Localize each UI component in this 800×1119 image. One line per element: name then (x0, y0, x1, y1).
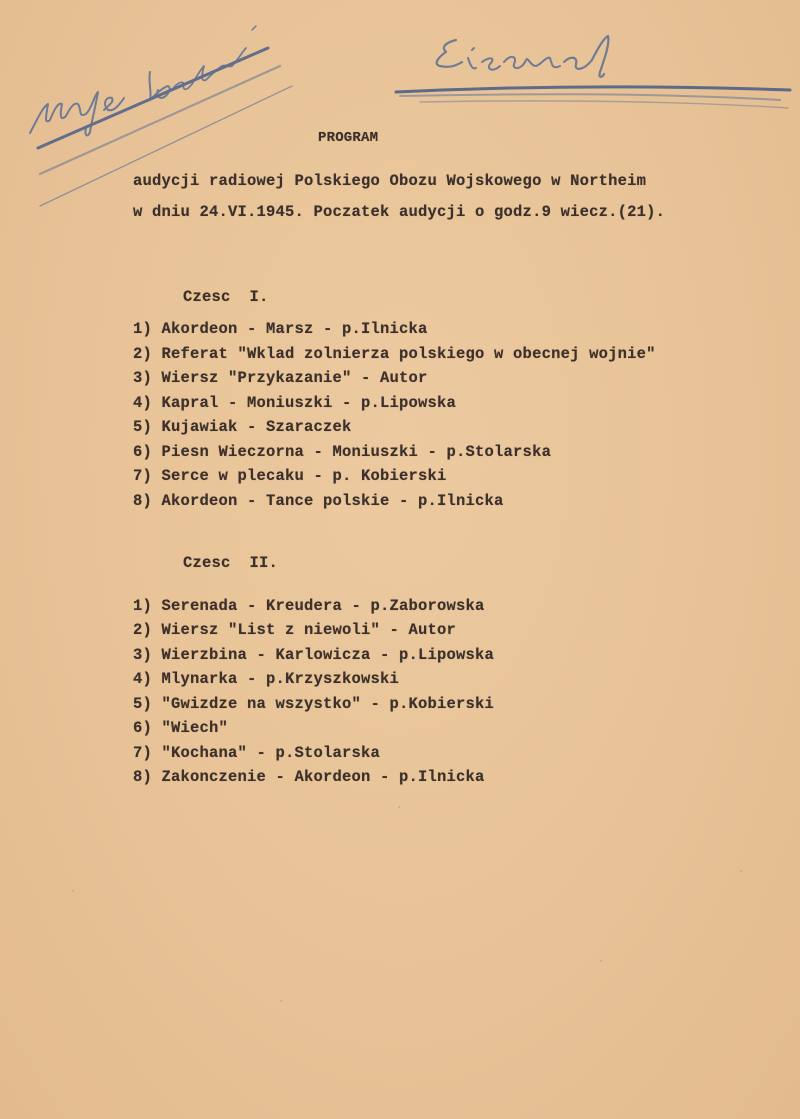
paper-speck (280, 1000, 282, 1002)
document-subtitle-line-2: w dniu 24.VI.1945. Poczatek audycji o go… (133, 203, 665, 221)
document-title: PROGRAM (318, 130, 378, 146)
program-item: 2) Wiersz "List z niewoli" - Autor (133, 621, 456, 639)
paper-speck (72, 890, 74, 892)
program-item: 8) Zakonczenie - Akordeon - p.Ilnicka (133, 768, 485, 786)
program-item: 7) "Kochana" - p.Stolarska (133, 744, 380, 762)
program-item: 7) Serce w plecaku - p. Kobierski (133, 467, 447, 485)
paper-speck (600, 960, 602, 962)
program-item: 5) "Gwizdze na wszystko" - p.Kobierski (133, 695, 494, 713)
pencil-annotations (0, 0, 800, 260)
program-item: 6) Piesn Wieczorna - Moniuszki - p.Stola… (133, 443, 551, 461)
program-item: 2) Referat "Wklad zolnierza polskiego w … (133, 345, 656, 363)
program-item: 1) Serenada - Kreudera - p.Zaborowska (133, 597, 485, 615)
paper-speck (740, 870, 742, 872)
section-heading-part-2: Czesc II. (183, 554, 278, 572)
document-subtitle-line-1: audycji radiowej Polskiego Obozu Wojskow… (133, 172, 646, 190)
program-item: 5) Kujawiak - Szaraczek (133, 418, 352, 436)
program-item: 4) Mlynarka - p.Krzyszkowski (133, 670, 399, 688)
paper-speck (398, 806, 400, 808)
program-item: 3) Wiersz "Przykazanie" - Autor (133, 369, 428, 387)
section-heading-part-1: Czesc I. (183, 288, 269, 306)
program-item: 1) Akordeon - Marsz - p.Ilnicka (133, 320, 428, 338)
program-item: 6) "Wiech" (133, 719, 228, 737)
program-item: 4) Kapral - Moniuszki - p.Lipowska (133, 394, 456, 412)
program-item: 3) Wierzbina - Karlowicza - p.Lipowska (133, 646, 494, 664)
program-item: 8) Akordeon - Tance polskie - p.Ilnicka (133, 492, 504, 510)
